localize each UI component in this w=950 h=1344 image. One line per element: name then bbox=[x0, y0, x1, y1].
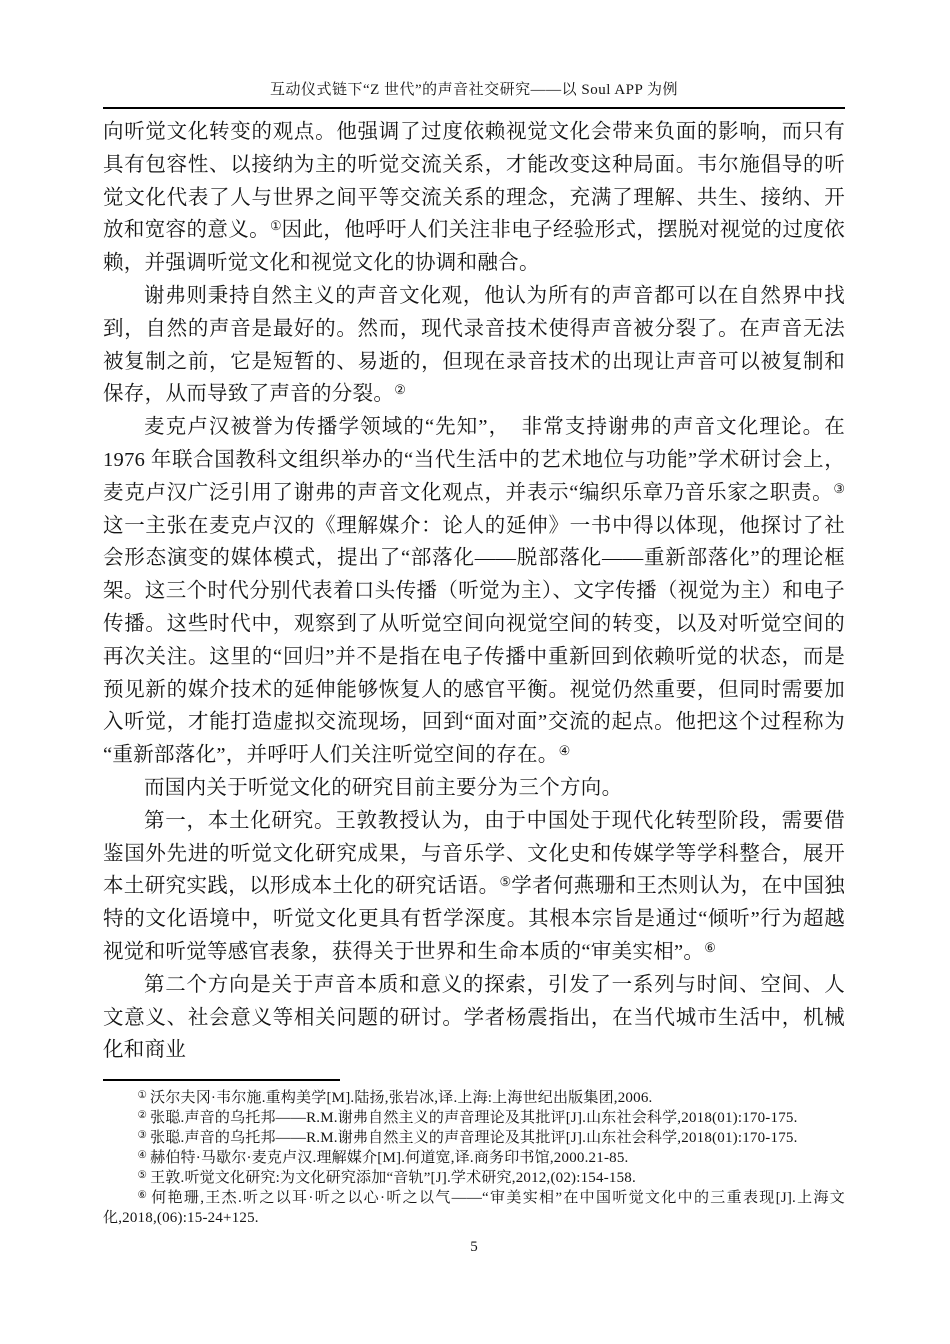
running-head-title: 互动仪式链下“Z 世代”的声音社交研究——以 Soul APP 为例 bbox=[103, 78, 845, 109]
footnote-item: ⑤王敦.听觉文化研究:为文化研究添加“音轨”[J].学术研究,2012,(02)… bbox=[103, 1168, 845, 1188]
footnote-ref: ⑤ bbox=[499, 874, 511, 889]
footnote-ref: ④ bbox=[559, 743, 571, 758]
footnote-marker: ② bbox=[138, 1110, 148, 1121]
footnote-item: ①沃尔夫冈·韦尔施.重构美学[M].陆扬,张岩冰,译.上海:上海世纪出版集团,2… bbox=[103, 1088, 845, 1108]
document-page: 互动仪式链下“Z 世代”的声音社交研究——以 Soul APP 为例 向听觉文化… bbox=[0, 0, 950, 1344]
page-header: 互动仪式链下“Z 世代”的声音社交研究——以 Soul APP 为例 bbox=[103, 0, 845, 109]
footnote-marker: ④ bbox=[138, 1150, 148, 1161]
footnote-marker: ③ bbox=[138, 1130, 148, 1141]
footnote-marker: ⑤ bbox=[138, 1170, 148, 1181]
footnote-ref: ① bbox=[270, 218, 282, 233]
footnote-marker: ⑥ bbox=[138, 1190, 149, 1201]
body-paragraph: 谢弗则秉持自然主义的声音文化观，他认为所有的声音都可以在自然界中找到，自然的声音… bbox=[103, 280, 845, 411]
footnote-ref: ⑥ bbox=[704, 940, 716, 955]
footnote-ref: ② bbox=[394, 382, 406, 397]
footnotes: ①沃尔夫冈·韦尔施.重构美学[M].陆扬,张岩冰,译.上海:上海世纪出版集团,2… bbox=[103, 1081, 845, 1228]
body-paragraph: 而国内关于听觉文化的研究目前主要分为三个方向。 bbox=[103, 772, 845, 805]
footnote-item: ②张聪.声音的乌托邦——R.M.谢弗自然主义的声音理论及其批评[J].山东社会科… bbox=[103, 1108, 845, 1128]
body: 向听觉文化转变的观点。他强调了过度依赖视觉文化会带来负面的影响，而只有具有包容性… bbox=[103, 116, 845, 1067]
body-paragraph: 第一，本土化研究。王敦教授认为，由于中国处于现代化转型阶段，需要借鉴国外先进的听… bbox=[103, 805, 845, 969]
body-paragraph: 麦克卢汉被誉为传播学领域的“先知”， 非常支持谢弗的声音文化理论。在 1976 … bbox=[103, 411, 845, 772]
footnote-ref: ③ bbox=[833, 481, 845, 496]
footnote-marker: ① bbox=[138, 1090, 148, 1101]
footnote-item: ③张聪.声音的乌托邦——R.M.谢弗自然主义的声音理论及其批评[J].山东社会科… bbox=[103, 1128, 845, 1148]
body-paragraph: 向听觉文化转变的观点。他强调了过度依赖视觉文化会带来负面的影响，而只有具有包容性… bbox=[103, 116, 845, 280]
page-number: 5 bbox=[103, 1239, 845, 1256]
footnote-item: ⑥何艳珊,王杰.听之以耳·听之以心·听之以气——“审美实相”在中国听觉文化中的三… bbox=[103, 1188, 845, 1228]
body-paragraph: 第二个方向是关于声音本质和意义的探索，引发了一系列与时间、空间、人文意义、社会意… bbox=[103, 969, 845, 1067]
footnote-item: ④赫伯特·马歇尔·麦克卢汉.理解媒介[M].何道宽,译.商务印书馆,2000.2… bbox=[103, 1148, 845, 1168]
